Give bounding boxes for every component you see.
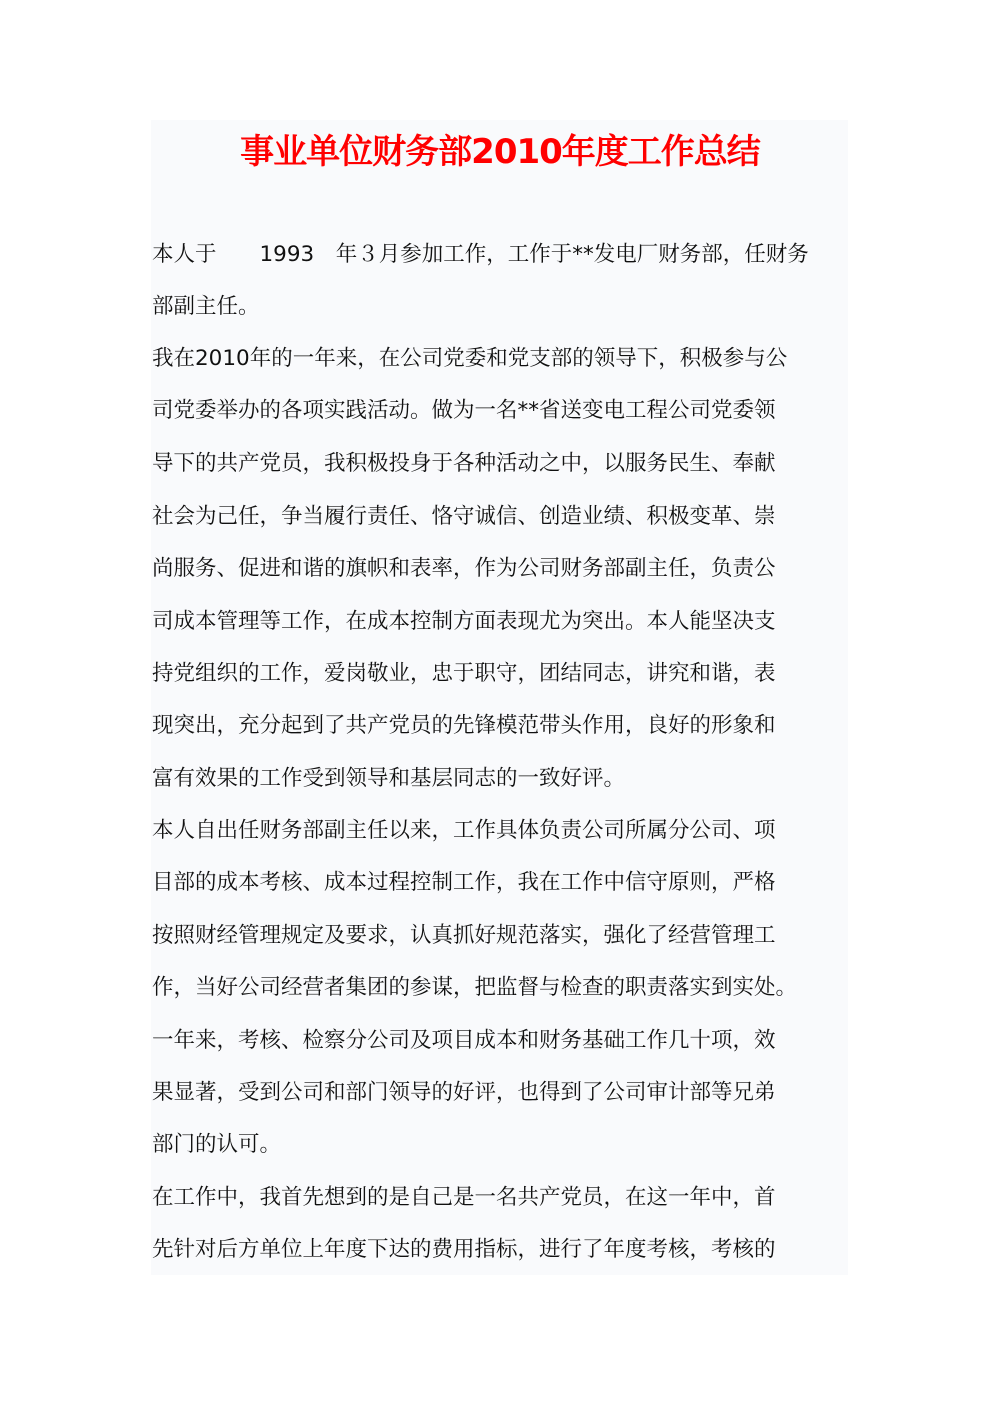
text-line: 现突出，充分起到了共产党员的先锋模范带头作用，良好的形象和: [152, 711, 852, 741]
text-line: 社会为己任，争当履行责任、恪守诚信、创造业绩、积极变革、崇: [152, 502, 852, 532]
text-line: 尚服务、促进和谐的旗帜和表率，作为公司财务部副主任，负责公: [152, 554, 852, 584]
text-line: 部副主任。: [152, 292, 852, 322]
text-line: 本人自出任财务部副主任以来，工作具体负责公司所属分公司、项: [152, 816, 852, 846]
text-line: 作，当好公司经营者集团的参谋，把监督与检查的职责落实到实处。: [152, 973, 852, 1003]
text-line: 持党组织的工作，爱岗敬业，忠于职守，团结同志，讲究和谐，表: [152, 659, 852, 689]
text-line: 在工作中，我首先想到的是自己是一名共产党员，在这一年中，首: [152, 1183, 852, 1213]
text-line: 富有效果的工作受到领导和基层同志的一致好评。: [152, 764, 852, 794]
text-line: 先针对后方单位上年度下达的费用指标，进行了年度考核，考核的: [152, 1235, 852, 1265]
text-line: 司成本管理等工作，在成本控制方面表现尤为突出。本人能坚决支: [152, 607, 852, 637]
text-line: 目部的成本考核、成本过程控制工作，我在工作中信守原则，严格: [152, 868, 852, 898]
text-line: 本人于 1993 年３月参加工作，工作于**发电厂财务部，任财务: [152, 240, 852, 270]
text-line: 果显著，受到公司和部门领导的好评，也得到了公司审计部等兄弟: [152, 1078, 852, 1108]
text-line: 我在2010年的一年来，在公司党委和党支部的领导下，积极参与公: [152, 344, 852, 374]
document-title: 事业单位财务部2010年度工作总结: [0, 127, 1000, 177]
text-line: 按照财经管理规定及要求，认真抓好规范落实，强化了经营管理工: [152, 921, 852, 951]
text-line: 导下的共产党员，我积极投身于各种活动之中，以服务民生、奉献: [152, 449, 852, 479]
text-line: 司党委举办的各项实践活动。做为一名**省送变电工程公司党委领: [152, 396, 852, 426]
text-line: 一年来，考核、检察分公司及项目成本和财务基础工作几十项，效: [152, 1026, 852, 1056]
text-line: 部门的认可。: [152, 1130, 852, 1160]
